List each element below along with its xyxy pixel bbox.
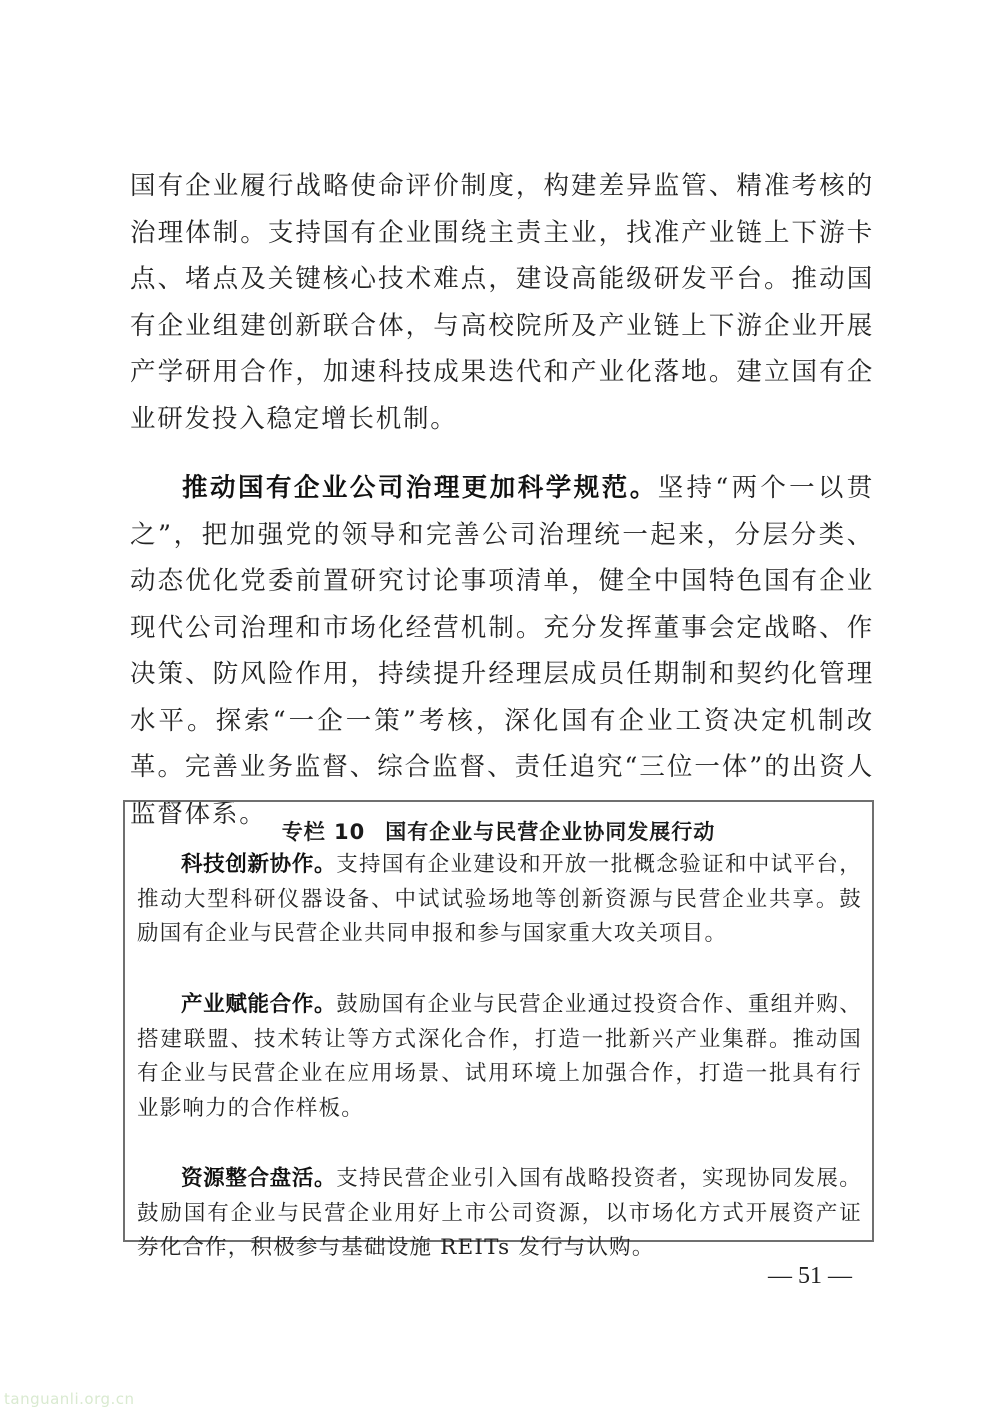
column-item-resource-integration: 资源整合盘活。支持民营企业引入国有战略投资者，实现协同发展。鼓励国有企业与民营企… (137, 1162, 862, 1266)
column-item-tech-innovation: 科技创新协作。支持国有企业建设和开放一批概念验证和中试平台，推动大型科研仪器设备… (137, 848, 862, 952)
document-page: 国有企业履行战略使命评价制度，构建差异监管、精准考核的治理体制。支持国有企业围绕… (0, 0, 1000, 1414)
page-number: — 51 — (760, 1263, 860, 1290)
column-item-heading: 资源整合盘活。 (181, 1166, 336, 1191)
column-item-industry-empowerment: 产业赋能合作。鼓励国有企业与民营企业通过投资合作、重组并购、搭建联盟、技术转让等… (137, 988, 862, 1126)
paragraph-text: 国有企业履行战略使命评价制度，构建差异监管、精准考核的治理体制。支持国有企业围绕… (130, 171, 874, 434)
body-paragraph-2: 推动国有企业公司治理更加科学规范。坚持“两个一以贯之”，把加强党的领导和完善公司… (130, 465, 874, 837)
column-number: 专栏 10 (282, 820, 366, 844)
column-item-heading: 科技创新协作。 (181, 852, 336, 877)
column-item-heading: 产业赋能合作。 (181, 992, 336, 1017)
body-paragraph-1: 国有企业履行战略使命评价制度，构建差异监管、精准考核的治理体制。支持国有企业围绕… (130, 163, 874, 442)
paragraph-text: 坚持“两个一以贯之”，把加强党的领导和完善公司治理统一起来，分层分类、动态优化党… (130, 473, 874, 829)
column-title: 国有企业与民营企业协同发展行动 (385, 820, 715, 844)
column-box-title: 专栏 10国有企业与民营企业协同发展行动 (125, 816, 872, 846)
column-box: 专栏 10国有企业与民营企业协同发展行动 科技创新协作。支持国有企业建设和开放一… (123, 800, 874, 1242)
watermark: tanguanli.org.cn (4, 1390, 135, 1408)
paragraph-heading: 推动国有企业公司治理更加科学规范。 (182, 473, 658, 503)
